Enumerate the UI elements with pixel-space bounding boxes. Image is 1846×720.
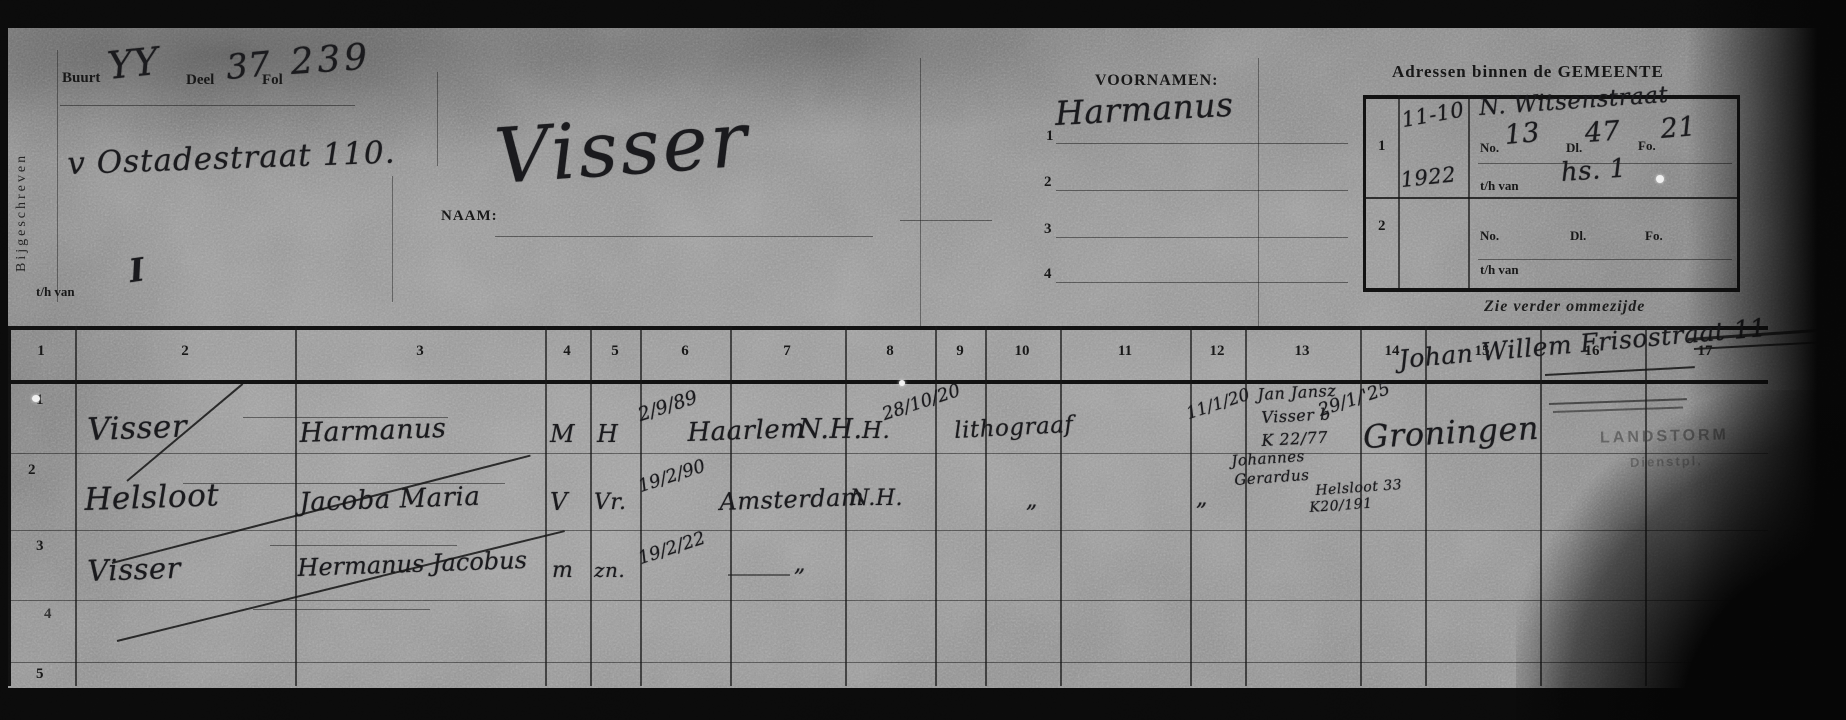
table-col-line: [1425, 326, 1427, 686]
header-crease: [920, 58, 921, 326]
scan-border-top: [0, 0, 1846, 28]
address-box-border-bottom: [1363, 288, 1740, 292]
address-row1-no-label: No.: [1480, 140, 1499, 156]
table-col-line: [935, 326, 937, 686]
naam-label: NAAM:: [441, 208, 498, 225]
row1-first-names: Harmanus: [299, 413, 447, 449]
voornamen-no-2: 2: [1044, 174, 1052, 191]
col-header-10: 10: [1015, 343, 1030, 360]
surname-main: Visser: [492, 94, 753, 201]
row2-ditto-col10: „: [1026, 488, 1038, 513]
naam-underline: [495, 236, 873, 237]
col-header-8: 8: [886, 343, 894, 360]
table-top-border: [8, 326, 1768, 330]
table-header-underline: [8, 380, 1768, 384]
table-writing-line: [253, 609, 430, 610]
table-col-line: [1060, 326, 1062, 686]
address-row2-no-label: No.: [1480, 228, 1499, 244]
row3-birth-place-ditto: „: [794, 552, 806, 577]
col-header-3: 3: [416, 343, 424, 360]
address-row1-no: 1: [1378, 138, 1386, 155]
scan-speck: [1656, 175, 1664, 183]
row1-sex: M: [550, 420, 575, 448]
row2-birth-place: Amsterdam: [719, 483, 865, 516]
address-row2-th-label: t/h van: [1480, 262, 1519, 278]
address-row1-th-value: hs. 1: [1560, 153, 1628, 188]
voornamen-no-4: 4: [1044, 266, 1052, 283]
address-row1-no-value: 13: [1503, 117, 1541, 151]
voornamen-no-3: 3: [1044, 221, 1052, 238]
address-box-row-divider: [1363, 197, 1737, 199]
address-box-border-left: [1363, 95, 1366, 290]
row2-ditto-col12: „: [1196, 486, 1208, 511]
deel-label: Deel: [186, 72, 214, 89]
address-box-footer: Zie verder ommezijde: [1484, 298, 1645, 316]
address-row1-dl-label: Dl.: [1566, 140, 1582, 156]
voornamen-line-2: [1056, 190, 1348, 191]
address-row2-fo-label: Fo.: [1645, 228, 1663, 244]
margin-rule: [57, 50, 58, 302]
table-row-line: [8, 662, 1768, 663]
fol-label: Fol: [262, 72, 283, 89]
row5-number: 5: [36, 666, 44, 683]
voornamen-no-1: 1: [1046, 128, 1054, 145]
table-col-line: [640, 326, 642, 686]
th-van-label: t/h van: [36, 284, 75, 300]
table-col-line: [1190, 326, 1192, 686]
row3-sex: m: [552, 558, 573, 583]
table-border-left: [8, 326, 11, 686]
buurt-value: YY: [105, 39, 160, 88]
voornamen-line-1: [1056, 143, 1348, 144]
address-box-col-line: [1468, 95, 1470, 288]
address-row1-th-label: t/h van: [1480, 178, 1519, 194]
row2-first-names: Jacoba Maria: [299, 482, 481, 518]
scan-vignette-corner: [1516, 390, 1846, 720]
fol-value: 239: [289, 36, 372, 83]
header-crease: [392, 176, 393, 302]
row1-relation: H: [597, 420, 618, 448]
row4-number: 4: [44, 606, 52, 623]
col-header-11: 11: [1118, 343, 1132, 360]
margin-note-vertical: Bijgeschreven: [14, 62, 30, 272]
col-header-6: 6: [681, 343, 689, 360]
table-col-line: [75, 326, 77, 686]
row2-sex: V: [550, 488, 568, 516]
table-col-line: [985, 326, 987, 686]
table-row-line: [8, 453, 1768, 454]
row2-number: 2: [28, 462, 36, 479]
scanned-register-card: Bijgeschreven Buurt YY Deel 37 Fol 239 v…: [0, 0, 1846, 720]
table-col-line: [545, 326, 547, 686]
voornamen-line-3: [1056, 237, 1348, 238]
address-row2-no: 2: [1378, 218, 1386, 235]
col-header-4: 4: [563, 343, 571, 360]
scan-speck: [32, 395, 40, 402]
address-row1-dl-value: 47: [1584, 116, 1621, 149]
table-writing-line: [270, 545, 457, 546]
header-stray-line: [900, 220, 992, 221]
row3-relation: zn.: [594, 558, 625, 582]
address-box-col-line: [1398, 95, 1400, 288]
scan-speck: [899, 380, 905, 386]
row2-relation: Vr.: [594, 490, 626, 515]
col-header-5: 5: [611, 343, 619, 360]
col-header-2: 2: [181, 343, 189, 360]
col-header-13: 13: [1295, 343, 1310, 360]
col-header-1: 1: [37, 343, 45, 360]
col-header-7: 7: [783, 343, 791, 360]
registration-underline: [60, 105, 355, 106]
header-crease: [1258, 58, 1259, 326]
row3-dash: [728, 574, 790, 576]
voornamen-line-4: [1056, 282, 1348, 283]
address-box-title: Adressen binnen de GEMEENTE: [1392, 62, 1664, 82]
table-col-line: [295, 326, 297, 686]
header-crease: [437, 72, 438, 166]
buurt-label: Buurt: [62, 70, 100, 87]
row3-number: 3: [36, 538, 44, 555]
col-header-12: 12: [1210, 343, 1225, 360]
col-header-9: 9: [956, 343, 964, 360]
address-row2-dl-label: Dl.: [1570, 228, 1586, 244]
address-row1-fo-label: Fo.: [1638, 138, 1656, 154]
table-col-line: [590, 326, 592, 686]
row2-surname: Helsloot: [84, 477, 220, 518]
row1-religion: N.H.: [798, 414, 863, 445]
table-row-line: [8, 530, 1768, 531]
scan-border-left: [0, 0, 8, 720]
row2-religion: N.H.: [850, 486, 903, 511]
row1-birth-place: Haarlem: [687, 414, 806, 448]
table-col-line: [1245, 326, 1247, 686]
